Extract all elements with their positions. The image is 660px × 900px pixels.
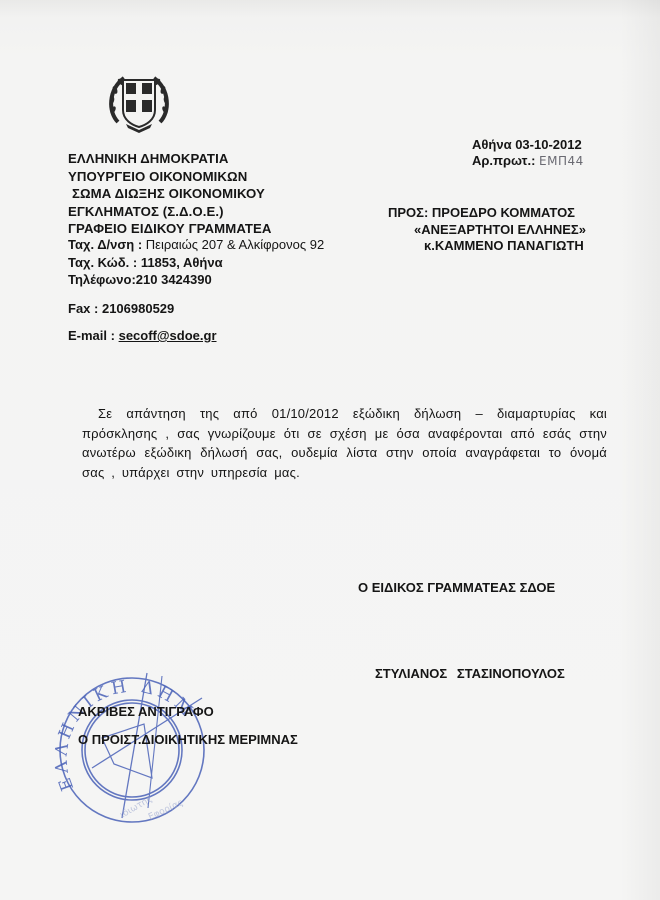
sender-header: ΕΛΛΗΝΙΚΗ ΔΗΜΟΚΡΑΤΙΑ ΥΠΟΥΡΓΕΙΟ ΟΙΚΟΝΟΜΙΚΩ… <box>68 150 272 238</box>
signatory-name: ΣΤΥΛΙΑΝΟΣ ΣΤΑΣΙΝΟΠΟΥΛΟΣ <box>375 666 565 681</box>
certified-copy-block: ΑΚΡΙΒΕΣ ΑΝΤΙΓΡΑΦΟ Ο ΠΡΟΙΣΤ.ΔΙΟΙΚΗΤΙΚΗΣ Μ… <box>78 698 298 754</box>
protocol-handwritten: ΕΜΠ44 <box>539 154 584 168</box>
phone-label: Τηλέφωνο <box>68 272 131 287</box>
sender-contact: Ταχ. Δ/νση : Πειραιώς 207 & Αλκίφρονος 9… <box>68 236 324 345</box>
place-date: Αθήνα 03-10-2012 <box>472 137 584 153</box>
sender-line: ΕΛΛΗΝΙΚΗ ΔΗΜΟΚΡΑΤΙΑ <box>68 150 272 168</box>
sender-line: ΥΠΟΥΡΓΕΙΟ ΟΙΚΟΝΟΜΙΚΩΝ <box>68 168 272 186</box>
certifying-officer: Ο ΠΡΟΙΣΤ.ΔΙΟΙΚΗΤΙΚΗΣ ΜΕΡΙΜΝΑΣ <box>78 726 298 754</box>
address-value: Πειραιώς 207 & Αλκίφρονος 92 <box>146 237 324 252</box>
recipient-block: ΠΡΟΣ: ΠΡΟΕΔΡΟ ΚΟΜΜΑΤΟΣ «ΑΝΕΞΑΡΤΗΤΟΙ ΕΛΛΗ… <box>388 205 586 255</box>
recipient-line: «ΑΝΕΞΑΡΤΗΤΟΙ ΕΛΛΗΝΕΣ» <box>388 222 586 239</box>
email-row: E-mail : secoff@sdoe.gr <box>68 327 324 345</box>
phone-value: :210 3424390 <box>131 272 211 287</box>
postcode-row: Ταχ. Κώδ. : 11853, Αθήνα <box>68 254 324 272</box>
recipient-line: ΠΡΟΣ: ΠΡΟΕΔΡΟ ΚΟΜΜΑΤΟΣ <box>388 205 586 222</box>
fax-value: 2106980529 <box>102 301 174 316</box>
address-row: Ταχ. Δ/νση : Πειραιώς 207 & Αλκίφρονος 9… <box>68 236 324 254</box>
greek-coat-of-arms-icon <box>106 72 172 134</box>
sender-line: ΕΓΚΛΗΜΑΤΟΣ (Σ.Δ.Ο.Ε.) <box>68 203 272 221</box>
certified-copy-label: ΑΚΡΙΒΕΣ ΑΝΤΙΓΡΑΦΟ <box>78 698 298 726</box>
recipient-line: κ.ΚΑΜΜΕΝΟ ΠΑΝΑΓΙΩΤΗ <box>388 238 586 255</box>
postcode-label: Ταχ. Κώδ. <box>68 255 129 270</box>
postcode-value: : 11853, Αθήνα <box>133 255 223 270</box>
sender-line: ΣΩΜΑ ΔΙΩΞΗΣ ΟΙΚΟΝΟΜΙΚΟΥ <box>68 185 272 203</box>
email-label: E-mail : <box>68 328 115 343</box>
fax-row: Fax : 2106980529 <box>68 300 324 318</box>
fax-label: Fax : <box>68 301 98 316</box>
address-label: Ταχ. Δ/νση : <box>68 237 142 252</box>
protocol-number: Αρ.πρωτ.: ΕΜΠ44 <box>472 153 584 169</box>
protocol-label: Αρ.πρωτ.: <box>472 153 535 168</box>
signatory-title: Ο ΕΙΔΙΚΟΣ ΓΡΑΜΜΑΤΕΑΣ ΣΔΟΕ <box>358 580 555 595</box>
letter-body: Σε απάντηση της από 01/10/2012 εξώδικη δ… <box>82 404 607 482</box>
phone-row: Τηλέφωνο:210 3424390 <box>68 271 324 289</box>
date-block: Αθήνα 03-10-2012 Αρ.πρωτ.: ΕΜΠ44 <box>472 137 584 169</box>
email-link[interactable]: secoff@sdoe.gr <box>119 328 217 343</box>
letter-page: ΕΛΛΗΝΙΚΗ ΔΗΜΟΚΡΑΤΙΑ ΥΠΟΥΡΓΕΙΟ ΟΙΚΟΝΟΜΙΚΩ… <box>0 0 660 900</box>
sender-line: ΓΡΑΦΕΙΟ ΕΙΔΙΚΟΥ ΓΡΑΜΜΑΤΕΑ <box>68 220 272 238</box>
